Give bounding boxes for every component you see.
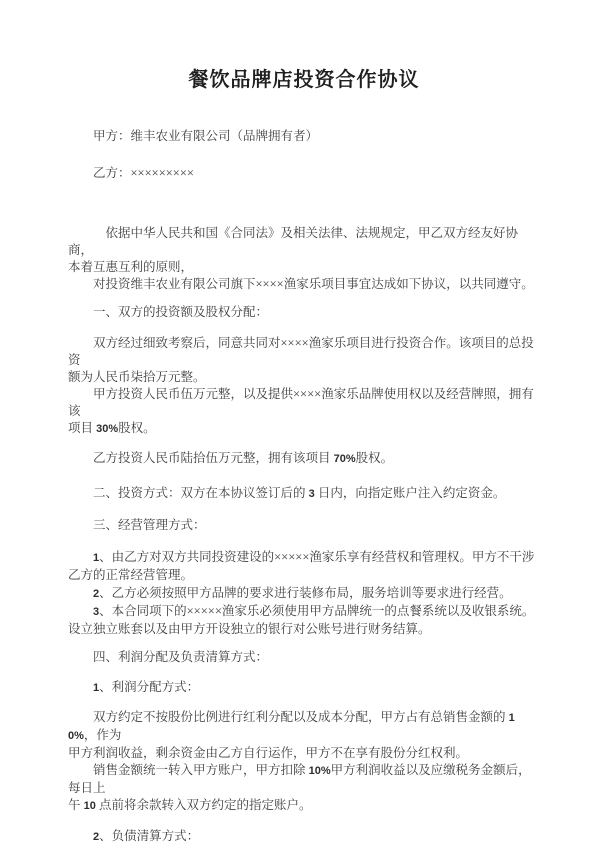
preamble-paragraph-2: 对投资维丰农业有限公司旗下××××渔家乐项目事宜达成如下协议，以共同遵守。: [68, 276, 540, 293]
section-1-paragraph-2: 甲方投资人民币伍万元整，以及提供××××渔家乐品牌使用权以及经营牌照，拥有该项目…: [68, 386, 540, 438]
preamble-paragraph-1: 依据中华人民共和国《合同法》及相关法律、法规规定，甲乙双方经友好协商，本着互惠互…: [68, 225, 540, 276]
section-4-item-1: 1、利润分配方式：: [68, 679, 540, 697]
section-3-item-3: 3、本合同项下的×××××渔家乐必须使用甲方品牌统一的点餐系统以及收银系统。设立…: [68, 603, 540, 638]
section-1-heading: 一、双方的投资额及股权分配：: [68, 304, 540, 321]
section-1-paragraph-1: 双方经过细致考察后，同意共同对××××渔家乐项目进行投资合作。该项目的总投资额为…: [68, 335, 540, 386]
section-3-item-2: 2、乙方必须按照甲方品牌的要求进行装修布局，服务培训等要求进行经营。: [68, 585, 540, 603]
section-3-item-1: 1、由乙方对双方共同投资建设的×××××渔家乐享有经营权和管理权。甲方不干涉乙方…: [68, 549, 540, 584]
party-b-line: 乙方：×××××××××: [68, 165, 540, 182]
section-4-paragraph-2: 销售金额统一转入甲方账户，甲方扣除 10%甲方利润收益以及应缴税务金额后，每日上…: [68, 762, 540, 815]
document-page: 餐饮品牌店投资合作协议 甲方：维丰农业有限公司（品牌拥有者） 乙方：××××××…: [0, 0, 600, 849]
party-a-line: 甲方：维丰农业有限公司（品牌拥有者）: [68, 128, 540, 145]
document-title: 餐饮品牌店投资合作协议: [68, 66, 540, 94]
section-1-paragraph-3: 乙方投资人民币陆拾伍万元整，拥有该项目 70%股权。: [68, 450, 540, 468]
section-4-item-2: 2、负债清算方式：: [68, 828, 540, 846]
section-2-heading: 二、投资方式：双方在本协议签订后的 3 日内，向指定账户注入约定资金。: [68, 485, 540, 503]
section-4-heading: 四、利润分配及负责清算方式：: [68, 649, 540, 666]
section-4-paragraph-1: 双方约定不按股份比例进行红利分配以及成本分配，甲方占有总销售金额的 10%，作为…: [68, 709, 540, 762]
section-3-heading: 三、经营管理方式：: [68, 517, 540, 534]
